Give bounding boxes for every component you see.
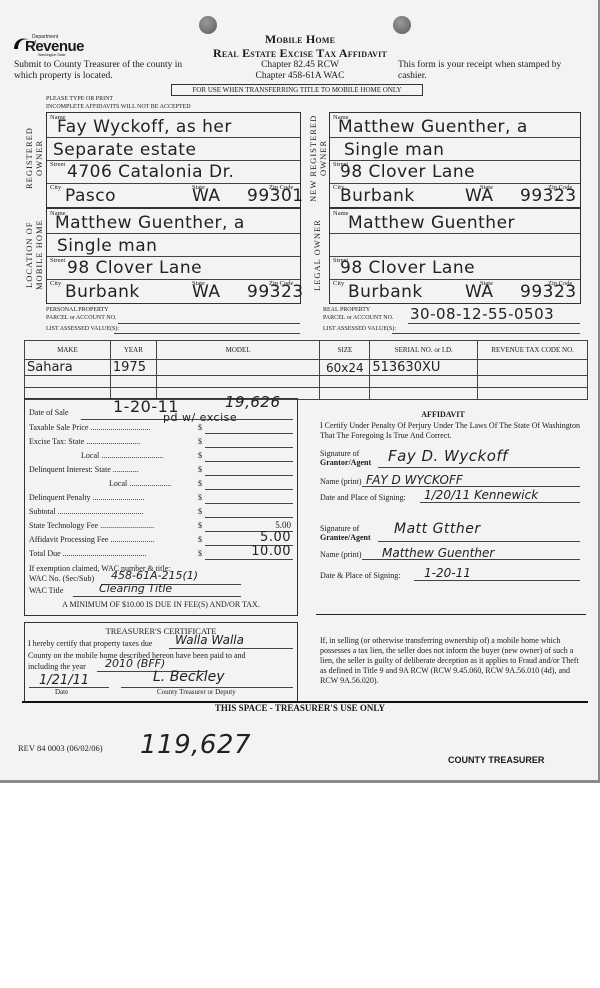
legal-owner-box: Name Street City State Zip Code Matthew … [329, 208, 581, 304]
chapter-rcw: Chapter 82.45 RCW [250, 60, 350, 71]
state-technology-fee-value[interactable]: 5.00 [205, 520, 291, 530]
tax-row-label: Taxable Sale Price .....................… [29, 423, 150, 432]
grantor-signature[interactable]: Fay D. Wyckoff [388, 447, 508, 465]
cell-size[interactable] [320, 376, 370, 388]
header-serial: SERIAL NO. or I.D. [370, 341, 478, 360]
legal-owner-section-label: LEGAL OWNER [312, 208, 322, 302]
header-size: SIZE [320, 341, 370, 360]
tax-row-label: Excise Tax: State ......................… [29, 437, 140, 446]
dollar-sign: $ [198, 423, 202, 432]
treasurers-use-only-label: THIS SPACE - TREASURER'S USE ONLY [0, 703, 600, 713]
dollar-sign: $ [198, 521, 202, 530]
location-box: Name Street City State Zip Code Matthew … [46, 208, 301, 304]
tax-row-label: Delinquent Penalty .....................… [29, 493, 145, 502]
total-due-value[interactable]: 10.00 [205, 544, 291, 559]
instruction-type-or-print: PLEASE TYPE OR PRINT [46, 96, 113, 102]
county-treasurer-stamp: COUNTY TREASURER [448, 755, 544, 765]
location-street[interactable]: 98 Clover Lane [67, 258, 202, 278]
city-label: City [50, 280, 61, 287]
tax-row-label: Total Due ..............................… [29, 549, 147, 558]
location-name-line2[interactable]: Single man [57, 236, 157, 256]
grantor-signature-label: Signature ofGrantor/Agent [320, 449, 371, 467]
street-label: Street [50, 257, 65, 264]
new-owner-city[interactable]: Burbank [340, 186, 415, 206]
grantee-name-label: Name (print) [320, 550, 362, 559]
date-of-sale-label: Date of Sale [29, 408, 69, 417]
tax-lien-warning: If, in selling (or otherwise transferrin… [320, 636, 582, 686]
affidavit-statement: I Certify Under Penalty Of Perjury Under… [320, 421, 580, 441]
form-title-line2: Real Estate Excise Tax Affidavit [0, 46, 600, 61]
header-revenue-tax-code: REVENUE TAX CODE NO. [478, 341, 588, 360]
personal-property-label: PERSONAL PROPERTY [46, 307, 109, 313]
tax-row-label: Delinquent Interest: State ............. [29, 465, 139, 474]
grantor-date-label: Date and Place of Signing: [320, 493, 406, 502]
grantee-signature[interactable]: Matt Gtther [394, 521, 481, 537]
cert-line1: I hereby certify that property taxes due [28, 639, 152, 648]
mobile-home-units-table: MAKE YEAR MODEL SIZE SERIAL NO. or I.D. … [24, 340, 588, 400]
treasurer-signature[interactable]: L. Beckley [153, 669, 225, 685]
tax-row-label: Local ..................... [109, 479, 171, 488]
table-header-row: MAKE YEAR MODEL SIZE SERIAL NO. or I.D. … [25, 341, 588, 360]
dollar-sign: $ [198, 451, 202, 460]
new-owner-name-line2[interactable]: Single man [344, 140, 444, 160]
name-label: Name [333, 210, 349, 217]
dollar-sign: $ [198, 549, 202, 558]
chapter-wac: Chapter 458-61A WAC [250, 71, 350, 82]
dollar-sign: $ [198, 507, 202, 516]
personal-assessed-label: LIST ASSESSED VALUE(S): [46, 326, 119, 332]
registered-owner-section-label: REGISTEREDOWNER [24, 112, 44, 204]
grantor-date-place[interactable]: 1/20/11 Kennewick [424, 488, 538, 502]
wac-title-label: WAC Title [29, 586, 63, 595]
usage-banner: FOR USE WHEN TRANSFERRING TITLE TO MOBIL… [171, 84, 423, 96]
affidavit-title: AFFIDAVIT [304, 410, 582, 419]
handwritten-receipt-number: 119,627 [140, 730, 251, 760]
wac-title-value[interactable]: Clearing Title [99, 582, 172, 595]
legal-owner-street[interactable]: 98 Clover Lane [340, 258, 475, 278]
cell-model[interactable] [156, 360, 320, 376]
minimum-due-note: A MINIMUM OF $10.00 IS DUE IN FEE(S) AND… [25, 600, 297, 609]
street-label: Street [50, 161, 65, 168]
handwritten-amount-annotation: 19,626 [225, 393, 281, 411]
real-assessed-label: LIST ASSESSED VALUE(S): [323, 326, 396, 332]
location-name-line1[interactable]: Matthew Guenther, a [55, 213, 245, 233]
form-revision: REV 84 0003 (06/02/06) [18, 743, 103, 753]
table-row: Sahara 1975 60x24 513630XU [25, 360, 588, 376]
instruction-incomplete: INCOMPLETE AFFIDAVITS WILL NOT BE ACCEPT… [46, 104, 191, 110]
form-title-line1: Mobile Home [0, 32, 600, 47]
cert-line3: including the year [28, 662, 86, 671]
dollar-sign: $ [198, 493, 202, 502]
cell-revenue-tax-code[interactable] [478, 376, 588, 388]
treasurers-certificate-box: TREASURER'S CERTIFICATE I hereby certify… [24, 622, 298, 702]
treasurers-certificate-title: TREASURER'S CERTIFICATE [25, 626, 297, 636]
tax-row-label: Subtotal ...............................… [29, 507, 144, 516]
grantor-name-label: Name (print) [320, 477, 362, 486]
cert-date-label: Date [55, 688, 68, 696]
real-parcel-label: PARCEL or ACCOUNT NO. [323, 315, 393, 321]
grantee-name-print[interactable]: Matthew Guenther [382, 546, 494, 560]
header-make: MAKE [25, 341, 111, 360]
header-model: MODEL [156, 341, 320, 360]
registered-owner-street[interactable]: 4706 Catalonia Dr. [67, 162, 234, 182]
form-page: Department of Revenue Washington State M… [0, 0, 600, 783]
table-row [25, 376, 588, 388]
city-label: City [50, 184, 61, 191]
treasurer-signature-label: County Treasurer or Deputy [157, 688, 236, 696]
cell-year[interactable]: 1975 [110, 360, 156, 376]
wac-no-label: WAC No. (Sec/Sub) [29, 574, 94, 583]
legal-owner-city[interactable]: Burbank [348, 282, 423, 302]
cell-serial[interactable]: 513630XU [370, 360, 478, 376]
grantee-date-place[interactable]: 1-20-11 [424, 566, 471, 580]
cert-date[interactable]: 1/21/11 [39, 673, 89, 688]
affidavit-processing-fee-value[interactable]: 5.00 [205, 530, 291, 545]
cert-county[interactable]: Walla Walla [175, 633, 244, 647]
grantor-name-print[interactable]: FAY D WYCKOFF [366, 473, 463, 487]
tax-row-label: Affidavit Processing Fee ...............… [29, 535, 154, 544]
tax-computation-box: Date of Sale 1-20-11 19,626 pd w/ excise… [24, 398, 298, 616]
receipt-note: This form is your receipt when stamped b… [398, 60, 578, 82]
submit-note: Submit to County Treasurer of the county… [14, 60, 194, 82]
tax-row-label: Local ............................... [81, 451, 163, 460]
city-label: City [333, 280, 344, 287]
cell-size[interactable] [320, 388, 370, 400]
cell-serial[interactable] [370, 388, 478, 400]
dollar-sign: $ [198, 535, 202, 544]
legal-owner-name-line1[interactable]: Matthew Guenther [348, 213, 515, 233]
cell-make[interactable] [25, 376, 111, 388]
location-zip[interactable]: 99323 [247, 282, 304, 302]
new-owner-name-line1[interactable]: Matthew Guenther, a [338, 117, 528, 137]
new-registered-owner-box: Name Street City State Zip Code Matthew … [329, 112, 581, 208]
new-owner-street[interactable]: 98 Clover Lane [340, 162, 475, 182]
registered-owner-state[interactable]: WA [192, 186, 221, 206]
registered-owner-zip[interactable]: 99301 [247, 186, 304, 206]
real-parcel-value[interactable]: 30-08-12-55-0503 [410, 305, 554, 323]
cell-year[interactable] [110, 376, 156, 388]
tax-row-label: State Technology Fee ...................… [29, 521, 154, 530]
registered-owner-box: Name Street City State Zip Code Fay Wyck… [46, 112, 301, 208]
new-owner-state[interactable]: WA [465, 186, 494, 206]
location-city[interactable]: Burbank [65, 282, 140, 302]
dollar-sign: $ [198, 437, 202, 446]
cell-serial[interactable] [370, 376, 478, 388]
location-section-label: LOCATION OFMOBILE HOME [24, 208, 44, 302]
grantee-signature-label: Signature ofGrantee/Agent [320, 524, 371, 542]
header-year: YEAR [110, 341, 156, 360]
wac-no-value[interactable]: 458-61A-215(1) [111, 569, 198, 582]
cell-revenue-tax-code[interactable] [478, 360, 588, 376]
real-property-label: REAL PROPERTY [323, 307, 370, 313]
grantee-date-label: Date & Place of Signing: [320, 571, 400, 580]
registered-owner-name-line1[interactable]: Fay Wyckoff, as her [57, 117, 232, 137]
cell-revenue-tax-code[interactable] [478, 388, 588, 400]
personal-parcel-label: PARCEL or ACCOUNT NO. [46, 315, 116, 321]
legal-owner-state[interactable]: WA [465, 282, 494, 302]
registered-owner-city[interactable]: Pasco [65, 186, 116, 206]
dollar-sign: $ [198, 465, 202, 474]
cell-make[interactable]: Sahara [25, 360, 111, 376]
new-owner-zip[interactable]: 99323 [520, 186, 577, 206]
cell-size[interactable]: 60x24 [320, 360, 370, 376]
dollar-sign: $ [198, 479, 202, 488]
legal-owner-zip[interactable]: 99323 [520, 282, 577, 302]
location-state[interactable]: WA [192, 282, 221, 302]
registered-owner-name-line2[interactable]: Separate estate [53, 140, 196, 160]
new-registered-owner-section-label: NEW REGISTEREDOWNER [308, 112, 328, 204]
cell-model[interactable] [156, 376, 320, 388]
